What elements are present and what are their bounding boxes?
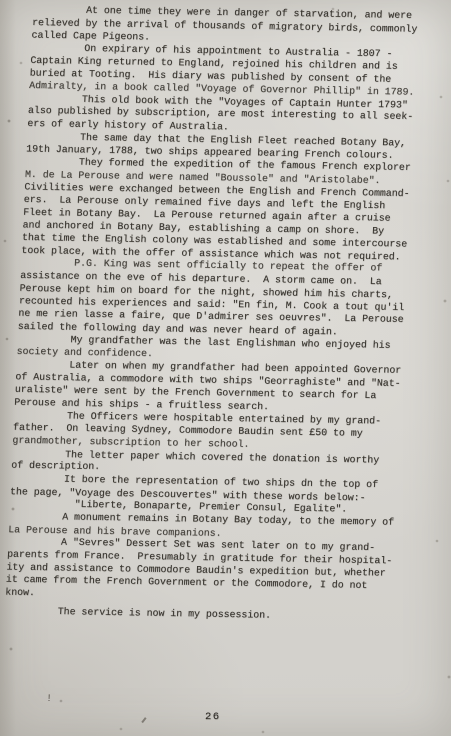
text-line: The service is now in my possession. — [4, 605, 405, 625]
scanned-page: At one time they were in danger of starv… — [0, 0, 451, 736]
margin-ink-mark: ! — [46, 694, 52, 705]
scan-edge-shadow — [0, 0, 16, 736]
page-number: 26 — [205, 711, 221, 723]
stray-pen-stroke — [141, 717, 146, 723]
typewritten-text-block: At one time they were in danger of starv… — [4, 4, 433, 624]
scan-noise-speckles — [0, 0, 2, 2]
